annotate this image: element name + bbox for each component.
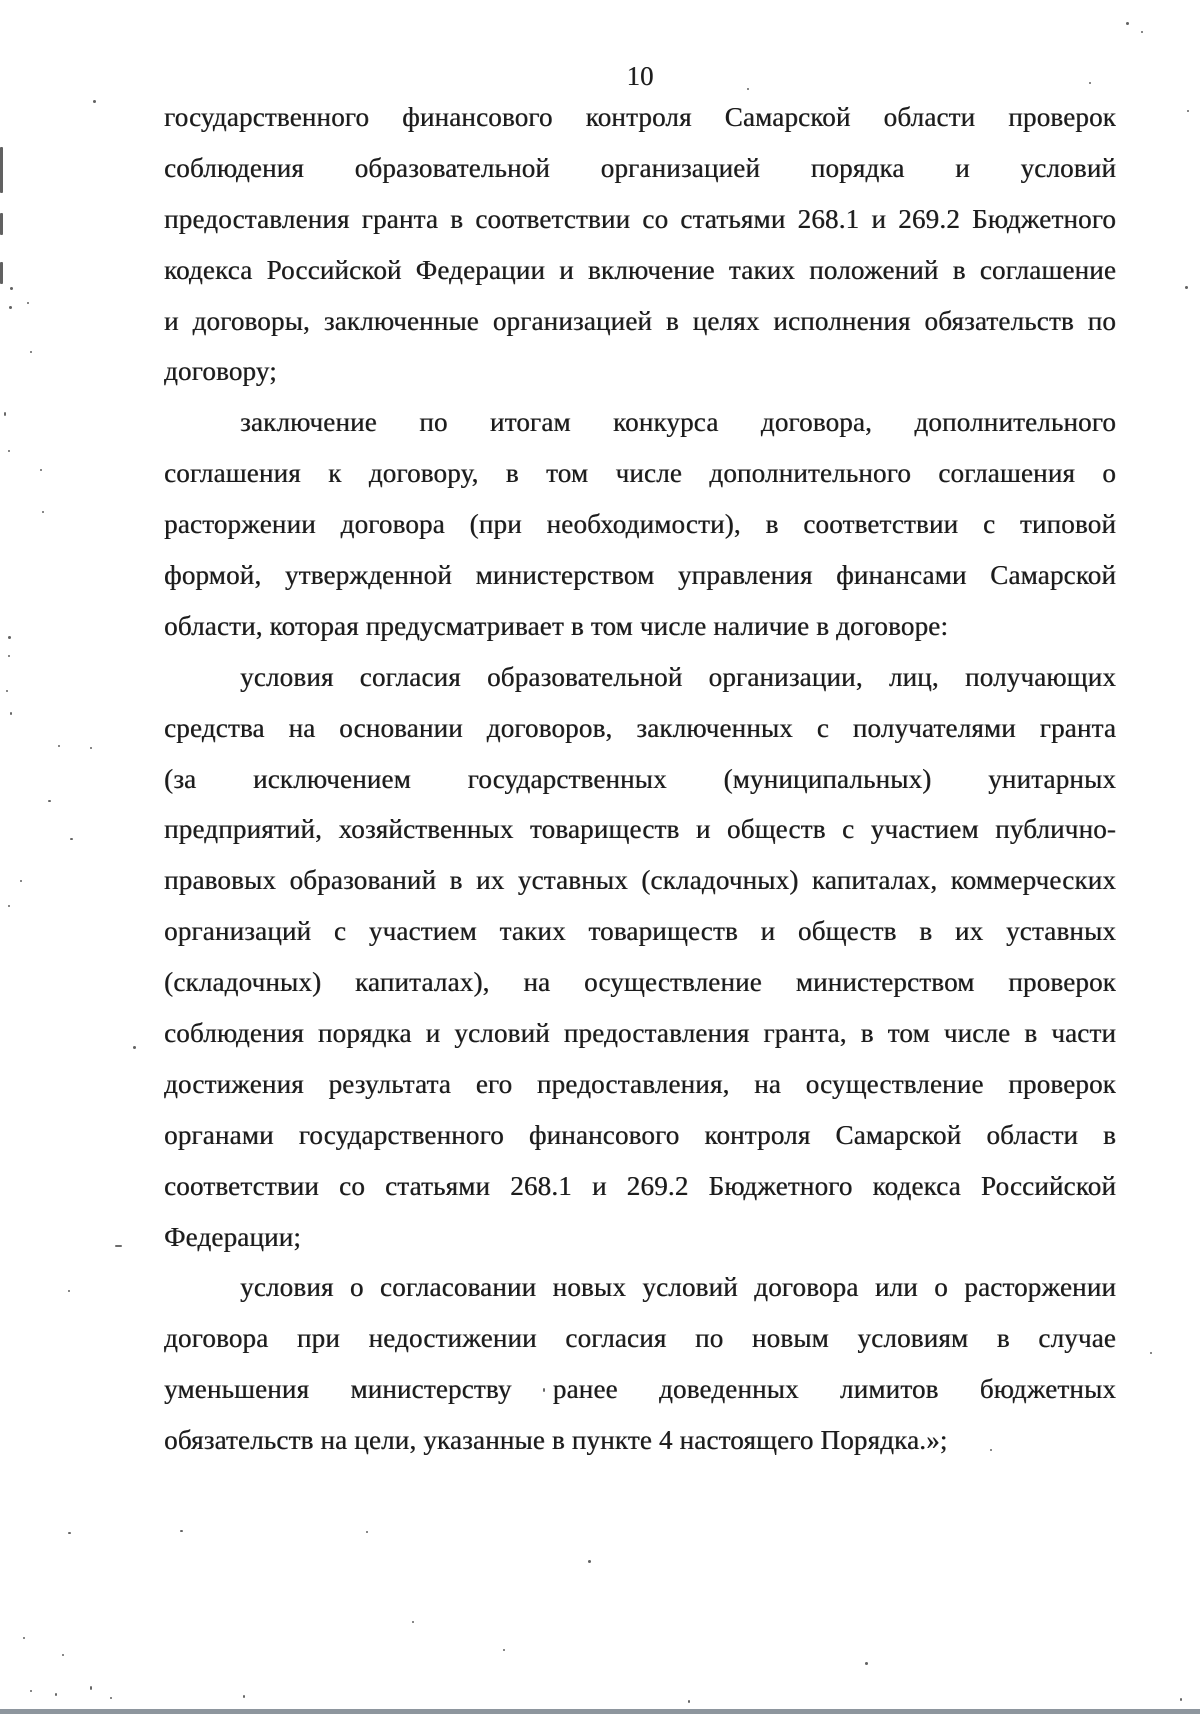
text-line: организаций с участием таких товариществ… — [164, 906, 1116, 957]
scan-edge-mark — [0, 213, 3, 235]
text-line: договору; — [164, 346, 1116, 397]
scan-speck — [180, 1530, 183, 1532]
scan-bottom-edge — [0, 1709, 1200, 1714]
text-line: достижения результата его предоставления… — [164, 1059, 1116, 1110]
scan-speck — [8, 450, 10, 452]
scan-speck — [8, 905, 10, 907]
paragraph: заключение по итогам конкурса договора, … — [164, 397, 1116, 651]
scan-speck — [115, 1245, 122, 1247]
text-line: государственного финансового контроля Са… — [164, 92, 1116, 143]
scan-speck — [1141, 31, 1143, 33]
text-line: заключение по итогам конкурса договора, … — [164, 397, 1116, 448]
scan-speck — [503, 1649, 505, 1651]
scan-speck — [68, 1532, 71, 1534]
text-line: условия о согласовании новых условий дог… — [164, 1262, 1116, 1313]
text-block: государственного финансового контроля Са… — [164, 92, 1116, 1466]
text-line: соблюдения порядка и условий предоставле… — [164, 1008, 1116, 1059]
paragraph: условия согласия образовательной организ… — [164, 652, 1116, 1263]
scan-speck — [4, 412, 6, 416]
scan-edge-mark — [0, 147, 3, 193]
text-line: и договоры, заключенные организацией в ц… — [164, 296, 1116, 347]
scan-speck — [543, 1388, 545, 1392]
scan-speck — [20, 880, 22, 882]
scan-speck — [366, 1531, 368, 1533]
scan-speck — [990, 1449, 992, 1451]
scan-speck — [588, 1560, 591, 1563]
scan-speck — [23, 1637, 25, 1639]
text-line: расторжении договора (при необходимости)… — [164, 499, 1116, 550]
scan-speck — [10, 287, 13, 290]
text-line: Федерации; — [164, 1212, 1116, 1263]
text-line: предоставления гранта в соответствии со … — [164, 194, 1116, 245]
scan-speck — [865, 1662, 868, 1665]
scan-speck — [1180, 1698, 1182, 1701]
scan-speck — [58, 745, 60, 747]
text-line: соответствии со статьями 268.1 и 269.2 Б… — [164, 1161, 1116, 1212]
scan-speck — [243, 1695, 245, 1698]
text-line: средства на основании договоров, заключе… — [164, 703, 1116, 754]
text-line: условия согласия образовательной организ… — [164, 652, 1116, 703]
text-line: обязательств на цели, указанные в пункте… — [164, 1415, 1116, 1466]
text-line: формой, утвержденной министерством управ… — [164, 550, 1116, 601]
scan-speck — [1126, 22, 1129, 25]
scan-edge-mark — [0, 262, 3, 284]
scan-speck — [1185, 286, 1188, 289]
scan-speck — [110, 1697, 112, 1699]
scan-speck — [1150, 1352, 1152, 1354]
text-line: кодекса Российской Федерации и включение… — [164, 245, 1116, 296]
scan-speck — [48, 800, 51, 802]
page-number: 10 — [164, 60, 1116, 92]
scan-speck — [27, 302, 29, 304]
scan-speck — [68, 1290, 70, 1292]
scan-speck — [93, 100, 96, 103]
text-line: соглашения к договору, в том числе допол… — [164, 448, 1116, 499]
text-line: уменьшения министерству ранее доведенных… — [164, 1364, 1116, 1415]
paragraph: государственного финансового контроля Са… — [164, 92, 1116, 397]
scan-speck — [42, 511, 44, 513]
scan-speck — [688, 1700, 690, 1703]
text-line: договора при недостижении согласия по но… — [164, 1313, 1116, 1364]
scan-speck — [30, 351, 32, 353]
scan-speck — [6, 690, 8, 692]
scan-speck — [8, 636, 11, 639]
scan-speck — [30, 1690, 32, 1692]
scan-speck — [1089, 82, 1091, 84]
paragraph: условия о согласовании новых условий дог… — [164, 1262, 1116, 1466]
document-page: 10 государственного финансового контроля… — [0, 0, 1200, 1714]
scan-speck — [90, 747, 92, 749]
text-line: органами государственного финансового ко… — [164, 1110, 1116, 1161]
scan-speck — [70, 838, 73, 840]
scan-speck — [412, 1621, 414, 1623]
text-line: соблюдения образовательной организацией … — [164, 143, 1116, 194]
text-line: области, которая предусматривает в том ч… — [164, 601, 1116, 652]
text-line: правовых образований в их уставных (скла… — [164, 855, 1116, 906]
scan-speck — [8, 655, 10, 657]
text-line: (за исключением государственных (муницип… — [164, 754, 1116, 805]
text-line: предприятий, хозяйственных товариществ и… — [164, 804, 1116, 855]
scan-speck — [10, 712, 12, 715]
scan-speck — [1187, 110, 1189, 112]
scan-speck — [55, 1693, 57, 1696]
scan-speck — [90, 1686, 92, 1690]
text-line: (складочных) капиталах), на осуществлени… — [164, 957, 1116, 1008]
scan-speck — [133, 1046, 136, 1049]
scan-speck — [747, 88, 749, 90]
scan-speck — [62, 1654, 64, 1656]
scan-speck — [9, 306, 12, 309]
scan-speck — [40, 469, 42, 471]
